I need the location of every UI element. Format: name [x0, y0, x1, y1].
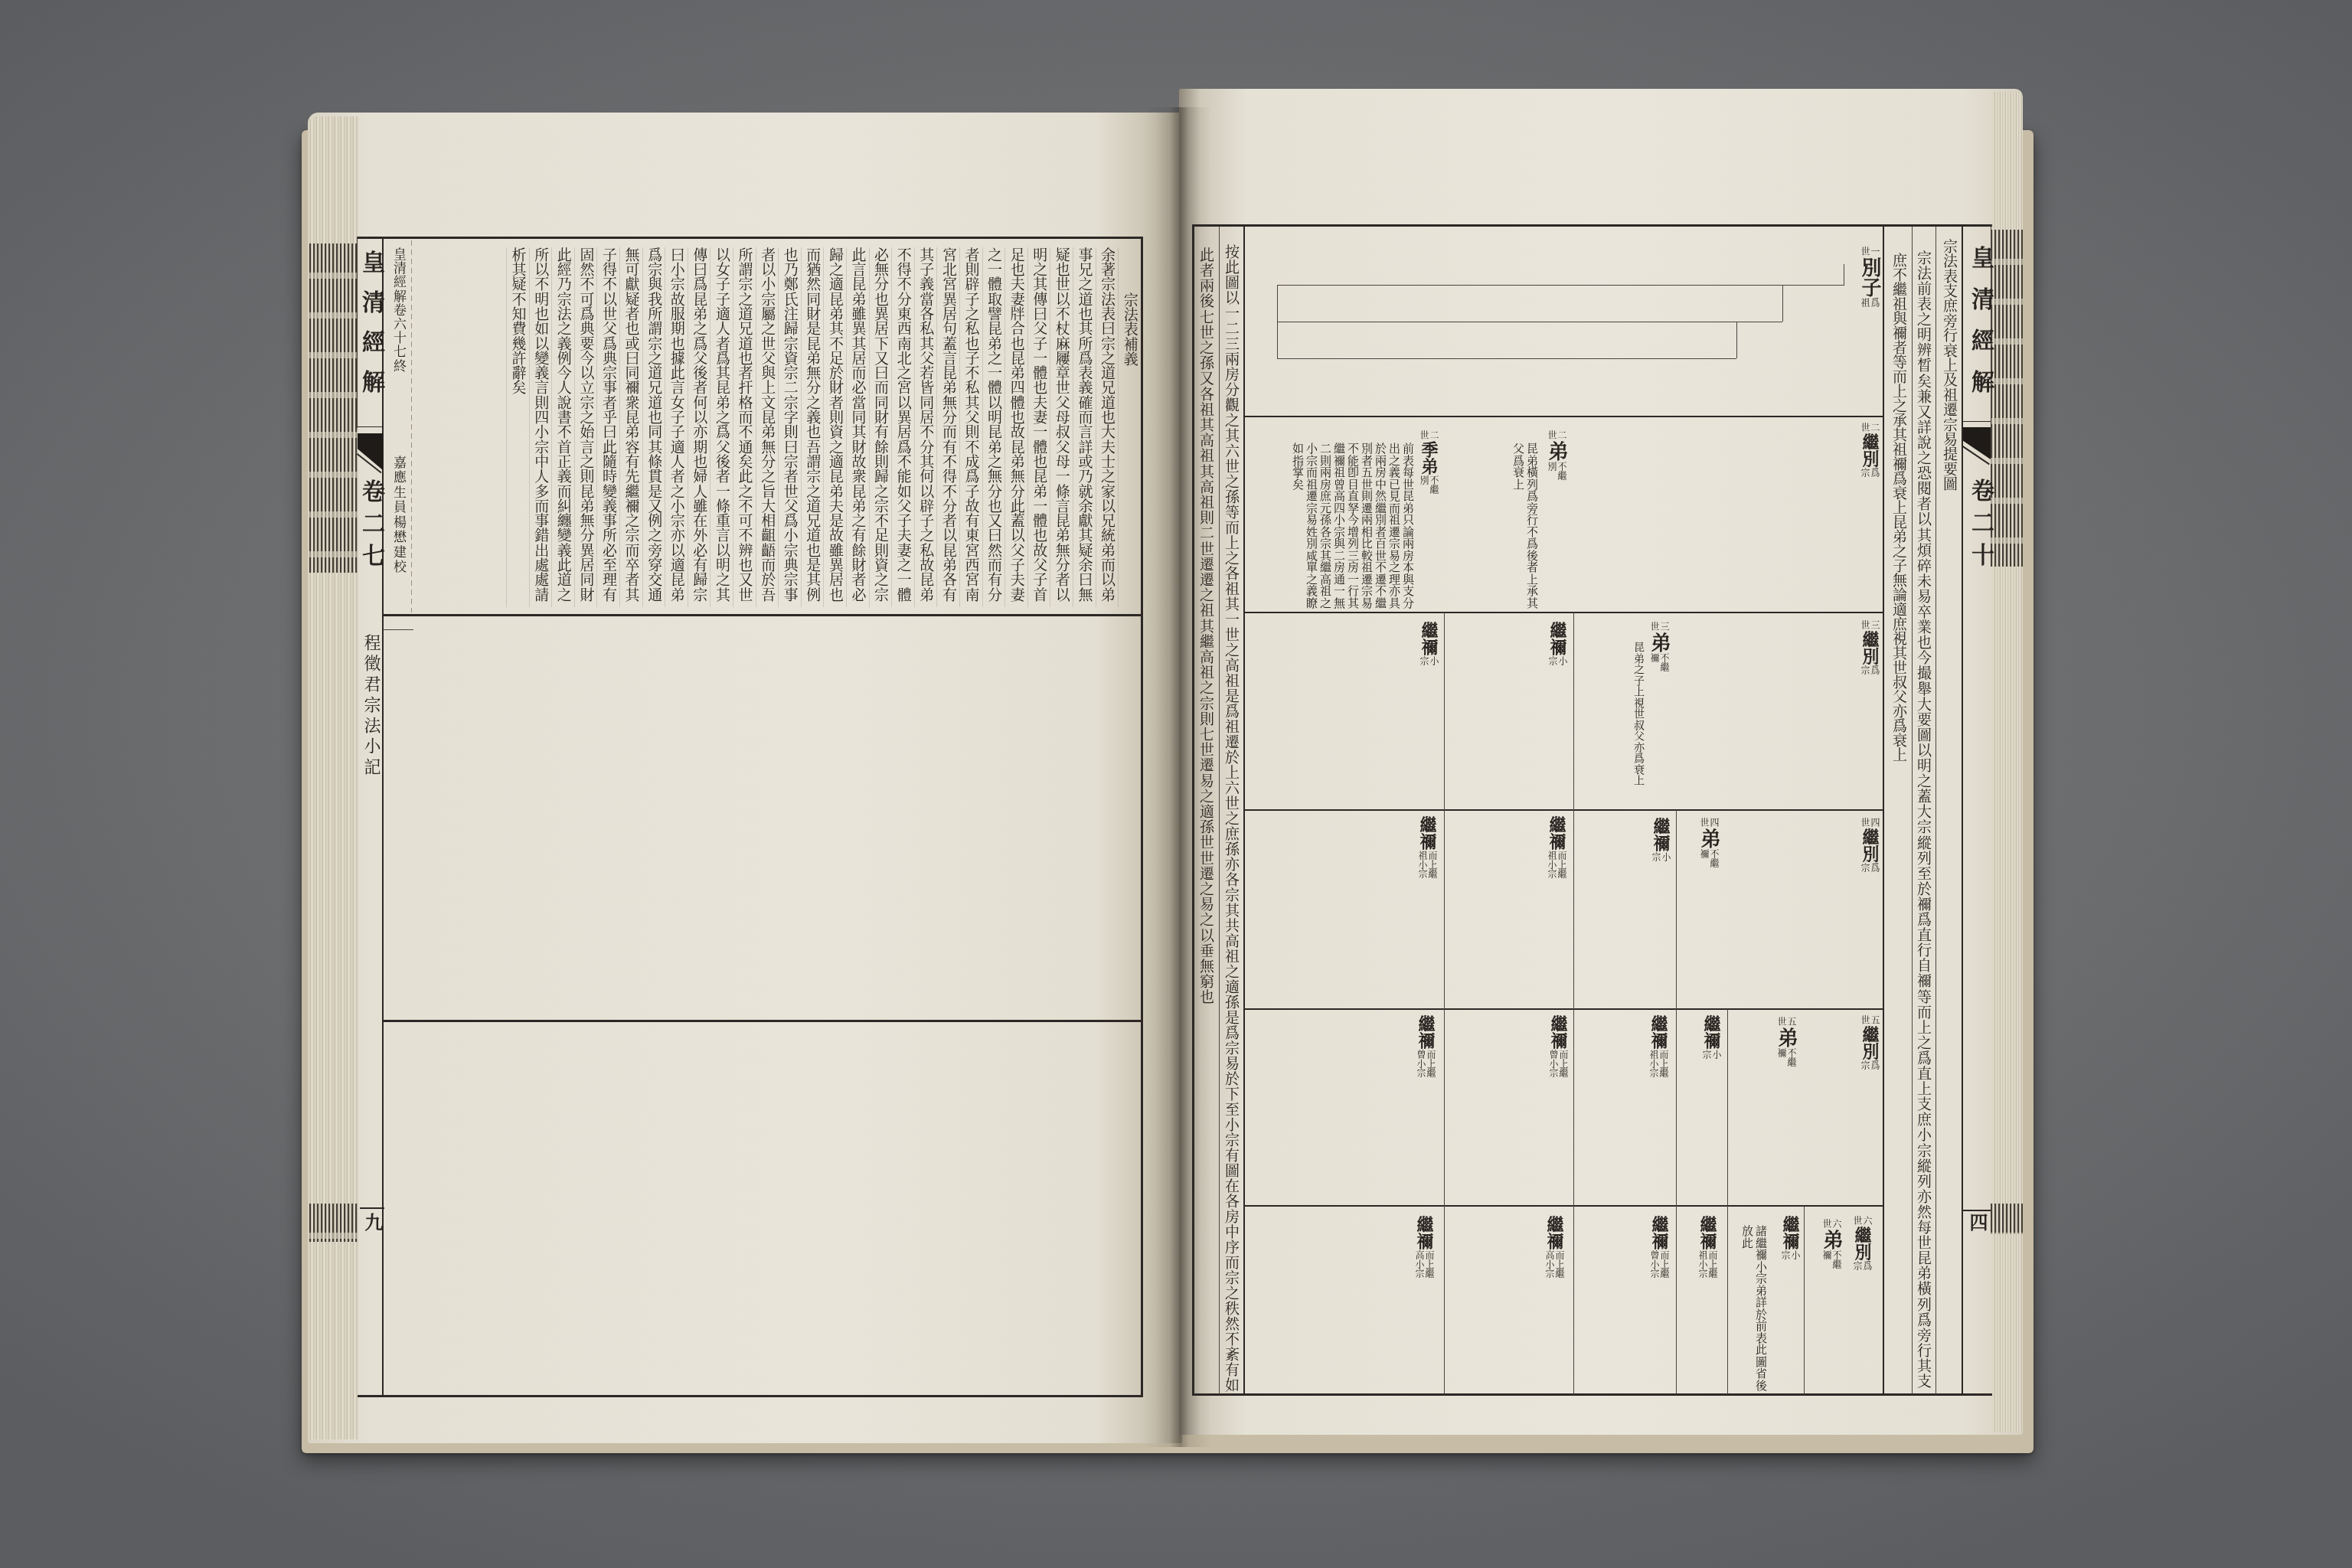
note-column: 二則兩房庶元孫各宗其繼高祖之 [1318, 443, 1332, 609]
section-heading: 宗法表補義 [1118, 247, 1141, 607]
intro-divider-2 [1935, 227, 1936, 1394]
cell-sub-text: 爲宗 [1852, 1261, 1872, 1271]
note-column: 昆弟橫列爲旁行不爲後者上承其 [1525, 443, 1539, 609]
cell-sub-text: 小宗 [1419, 656, 1439, 666]
left-frame-bottom [358, 1395, 1143, 1397]
right-pageno-rule [1962, 1210, 1991, 1211]
cell-sub-text: 而上繼祖小宗 [1648, 1050, 1668, 1080]
right-frame-bottom [1192, 1393, 1992, 1396]
volume-end-marker: 皇清經解卷六十七終 [387, 247, 409, 373]
annotation-column: 此者兩後七世之孫又各祖其高祖其高祖則二世遷遷之祖其繼高祖之宗則七世遷易之適孫世世… [1194, 247, 1218, 1005]
right-frame-right-border [1962, 224, 1963, 1396]
cell-sub-text: 不繼禰 [1821, 1250, 1841, 1270]
cell-main-text: 繼禰 [1416, 1015, 1435, 1049]
text-column: 傳曰爲昆弟之爲父後者何以亦期也婦人雖在外必有歸宗 [688, 247, 710, 607]
cell-main-text: 繼別 [1860, 433, 1879, 467]
text-column: 爲宗與我所謂宗之道兄道也同其條貫是又例之旁穿交通 [642, 247, 665, 607]
proofreader-credit: 嘉應生員楊懋建校 [387, 456, 409, 575]
table-cell: 繼禰 而上繼高小宗 [1414, 1216, 1434, 1280]
cell-sub-text: 爲宗 [1860, 863, 1880, 873]
note-column: 父爲衰上 [1511, 443, 1525, 609]
generation-label: 二世 [1860, 423, 1880, 433]
chart-title: 宗法表支庶旁行衰上及祖遷宗易提要圖 [1937, 239, 1962, 492]
right-edge-pageno-smudge [1991, 1204, 2023, 1234]
cell-main-text: 繼禰 [1415, 1216, 1433, 1249]
text-column: 必無分也異居下又曰而同財有餘則歸之宗不足則資之宗 [869, 247, 892, 607]
note-column: 出之義已見而祖遷宗易之理亦具 [1387, 443, 1401, 609]
generation-label: 五世 [1860, 1015, 1880, 1025]
note-column: 諸繼禰小宗弟詳於前表此圖省後 [1754, 1225, 1768, 1391]
table-cell: 四世 弟 不繼禰 [1698, 818, 1720, 869]
cell-sub-text: 不繼別 [1419, 475, 1439, 495]
table-col-rule [1573, 612, 1574, 1394]
cell-main-text: 別子 [1859, 257, 1880, 297]
generation-label: 四世 [1699, 818, 1719, 828]
table-cell: 三世 繼別 爲宗 [1860, 620, 1880, 675]
text-column: 宮北宮異居句蓋言昆弟無分而有不得不分者以昆弟各有 [936, 247, 959, 607]
right-spine-title: 皇清經解 [1968, 246, 1992, 411]
table-cell: 六世 繼別 爲宗 [1852, 1216, 1872, 1271]
cell-main-text: 弟 [1775, 1027, 1797, 1047]
cell-main-text: 繼禰 [1547, 816, 1566, 850]
text-column: 其子義當各私其父若皆同居不分其何以辟子之私故昆弟 [914, 247, 937, 607]
right-fishtail-rule [1963, 421, 1991, 422]
left-spine-section-title: 程徵君宗法小記 [360, 634, 381, 779]
cell-sub-text: 爲宗 [1860, 665, 1880, 675]
cell-sub-text: 不繼禰 [1776, 1048, 1796, 1068]
intro-text-column: 庶不繼祖與禰者等而上之承其祖禰爲衰上昆弟之子無論適庶視其世叔父亦爲衰上 [1886, 253, 1911, 762]
left-frame-top [358, 237, 1143, 239]
cell-main-text: 繼禰 [1419, 622, 1438, 655]
text-column: 疑也世以不杖麻屨章世父母叔父母一條言昆弟無分者以 [1050, 247, 1073, 607]
right-frame-top [1192, 224, 1992, 227]
text-column: 此經乃宗法之義例今人說書不首正義而糾纏變義此道之 [551, 247, 574, 607]
table-cell: 三世 弟 不繼禰 [1648, 622, 1670, 673]
right-page-number: 四 [1966, 1213, 1988, 1231]
cell-main-text: 繼禰 [1698, 1216, 1717, 1249]
text-column: 歸之適昆弟其不足於財者則資之適昆弟夫是故雖異居也 [823, 247, 846, 607]
cell-sub-text: 而上繼祖小宗 [1417, 851, 1437, 880]
left-page-number: 九 [361, 1213, 383, 1231]
left-fishtail-rule [358, 426, 383, 427]
cell-main-text: 弟 [1546, 441, 1567, 461]
lineage-bracket-line [1277, 358, 1736, 359]
text-column: 余著宗法表曰宗之道兄道也大夫士之家以兄統弟而以弟 [1095, 247, 1118, 607]
left-divider-2 [383, 1020, 1143, 1022]
note-column: 昆弟之子上視世叔父亦爲衰上 [1632, 642, 1645, 786]
cell-sub-text: 不繼禰 [1699, 849, 1719, 869]
left-divider-1 [383, 614, 1143, 616]
table-row-rule [1245, 416, 1883, 417]
table-cell: 二世 弟 不繼別 [1546, 430, 1567, 482]
cell-sub-text: 爲宗 [1860, 1060, 1880, 1070]
lineage-bracket-line [1782, 285, 1783, 322]
table-cell: 繼禰 小宗 [1780, 1216, 1800, 1260]
text-column: 足也夫妻牉合也昆弟四體也故昆弟無分此蓋以父子夫妻 [1004, 247, 1027, 607]
cell-main-text: 繼別 [1853, 1227, 1871, 1260]
text-column: 明之其傳曰父子一體也夫妻一體也昆弟一體也故父子首 [1027, 247, 1050, 607]
table-cell: 繼禰 而上繼祖小宗 [1697, 1216, 1717, 1280]
table-row-rule [1245, 1008, 1883, 1010]
text-column: 所以不明也如以變義言則四小宗中人多而事錯出處處請 [529, 247, 552, 607]
lineage-bracket-line [1277, 285, 1844, 286]
generation-label: 二世 [1419, 430, 1439, 440]
note-column: 繼禰祖曾高四小宗與二房通一無 [1332, 443, 1346, 609]
note-column: 放此 [1740, 1225, 1754, 1391]
note-column: 不能卽目直孥今增列三房一行其 [1346, 443, 1360, 609]
cell-sub-text: 而上繼曾小宗 [1548, 1050, 1568, 1080]
text-column: 以女子子適人者爲其昆弟之爲父後者一條重言以明之其 [710, 247, 733, 607]
generation-label: 一世 [1860, 247, 1880, 256]
generation-label: 六世 [1852, 1216, 1872, 1226]
left-body-text: 宗法表補義 余著宗法表曰宗之道兄道也大夫士之家以兄統弟而以弟 事兄之道也其所爲表… [506, 247, 1141, 607]
table-col-rule [1727, 1009, 1728, 1394]
table-cell: 繼禰 而上繼高小宗 [1544, 1216, 1564, 1280]
cell-main-text: 繼別 [1860, 828, 1879, 862]
table-cell: 六世 弟 不繼禰 [1821, 1219, 1842, 1270]
cell-sub-text: 而上繼曾小宗 [1416, 1050, 1436, 1080]
cell-note: 昆弟之子上視世叔父亦爲衰上 [1632, 642, 1645, 786]
text-column: 析其疑不知費幾許辭矣 [506, 247, 529, 607]
text-column: 固然不可爲典要今以立宗之始言之則昆弟無分異居同財 [574, 247, 597, 607]
table-cell: 繼禰 而上繼祖小宗 [1547, 816, 1566, 880]
table-cell: 繼禰 而上繼曾小宗 [1416, 1015, 1436, 1080]
cell-note: 昆弟橫列爲旁行不爲後者上承其 父爲衰上 [1511, 443, 1539, 609]
cell-main-text: 弟 [1821, 1230, 1842, 1249]
cell-note: 諸繼禰小宗弟詳於前表此圖省後 放此 [1740, 1225, 1768, 1391]
table-cell: 繼禰 小宗 [1701, 1015, 1721, 1060]
cell-note: 前表每世昆弟只論兩房本與支分 出之義已見而祖遷宗易之理亦具 於兩房中然繼別者百世… [1291, 443, 1415, 609]
right-spine-volume: 卷二十 [1968, 479, 1992, 575]
lineage-bracket-line [1736, 322, 1737, 358]
cell-main-text: 繼禰 [1545, 1216, 1563, 1249]
cell-main-text: 繼別 [1860, 631, 1879, 665]
table-cell: 五世 弟 不繼禰 [1775, 1017, 1797, 1068]
note-column: 小宗而祖遷宗易姓別咸單之義瞭 [1305, 443, 1318, 609]
left-column-guide [411, 240, 412, 612]
annotation-column: 按此圖以一二三兩房分觀之其六世之孫等而上之各祖其一世之高祖是爲祖遷於上六世之庶孫… [1220, 244, 1243, 1393]
table-cell: 繼禰 小宗 [1547, 622, 1567, 666]
table-col-rule [1804, 1207, 1805, 1394]
cell-sub-text: 而上繼高小宗 [1414, 1250, 1434, 1280]
cell-sub-text: 而上繼祖小宗 [1547, 851, 1566, 880]
cell-sub-text: 爲宗 [1860, 468, 1880, 478]
lineage-bracket-line [1277, 322, 1782, 322]
left-edge-pageno-smudge [309, 1204, 358, 1242]
text-column: 而猶然同財是昆弟無分之義也吾謂宗之道兄道也是其例 [801, 247, 824, 607]
cell-sub-text: 小宗 [1780, 1250, 1800, 1260]
cell-main-text: 弟 [1698, 828, 1720, 848]
generation-label: 三世 [1860, 620, 1880, 630]
cell-main-text: 繼別 [1860, 1026, 1879, 1060]
cell-main-text: 繼禰 [1650, 1216, 1668, 1249]
text-column: 曰小宗故服期也據此言女子子適人者之小宗亦以適昆弟 [665, 247, 688, 607]
cell-main-text: 繼禰 [1549, 1015, 1567, 1049]
table-row-rule [1245, 809, 1883, 811]
generation-label: 三世 [1649, 622, 1669, 632]
generation-label: 二世 [1547, 430, 1566, 440]
cell-main-text: 季弟 [1419, 441, 1438, 475]
table-cell: 二世 繼別 爲宗 [1860, 423, 1880, 478]
cell-main-text: 弟 [1648, 632, 1670, 652]
left-edge-print-smudge [309, 243, 358, 573]
note-column: 別者五世則遷兩相比較祖遷宗易 [1360, 443, 1374, 609]
cell-sub-text: 而上繼高小宗 [1544, 1250, 1564, 1280]
table-cell: 繼禰 小宗 [1651, 818, 1671, 862]
table-col-rule [1444, 612, 1445, 1394]
table-cell: 二世 季弟 不繼別 [1419, 430, 1439, 495]
cell-sub-text: 而上繼祖小宗 [1697, 1250, 1717, 1280]
generation-label: 四世 [1860, 818, 1880, 828]
lineage-bracket-line [1277, 285, 1278, 358]
text-column: 者以小宗屬之世父與上文昆弟無分之旨大相齟齬而於吾 [756, 247, 779, 607]
text-column: 子得不以世父爲典宗事者乎曰此隨時變義事所必至理有 [596, 247, 619, 607]
table-row-rule [1245, 1205, 1883, 1207]
cell-sub-text: 爲祖 [1860, 298, 1880, 308]
generation-label: 六世 [1821, 1219, 1841, 1229]
table-col-rule [1676, 810, 1677, 1394]
left-spine-title: 皇清經解 [358, 250, 383, 410]
text-column: 也乃鄭氏注歸宗資宗二宗字則曰宗者世父爲小宗典宗事 [778, 247, 801, 607]
text-column: 者則辟子之私也子不私其父則不成爲子故有東宮西宮南 [959, 247, 982, 607]
table-cell: 繼禰 而上繼祖小宗 [1648, 1015, 1668, 1080]
table-cell: 繼禰 而上繼曾小宗 [1649, 1216, 1669, 1280]
cell-main-text: 繼禰 [1418, 816, 1436, 850]
cell-main-text: 繼禰 [1651, 818, 1670, 851]
cell-main-text: 繼禰 [1702, 1015, 1720, 1049]
left-frame-right-border [1141, 237, 1143, 1397]
lineage-bracket-line [1844, 264, 1844, 286]
cell-sub-text: 小宗 [1701, 1050, 1721, 1060]
text-column: 所謂宗之道兄道也者扞格而不通矣此之不可不辨也又世 [733, 247, 756, 607]
cell-main-text: 繼禰 [1781, 1216, 1799, 1249]
left-pageno-rule [360, 1207, 384, 1209]
cell-sub-text: 不繼別 [1547, 462, 1566, 482]
cell-main-text: 繼禰 [1649, 1015, 1668, 1049]
note-column: 前表每世昆弟只論兩房本與支分 [1401, 443, 1415, 609]
table-cell: 五世 繼別 爲宗 [1860, 1015, 1880, 1070]
table-cell: 繼禰 小宗 [1419, 622, 1439, 666]
table-row-rule [1245, 612, 1883, 613]
right-edge-print-smudge [1991, 230, 2023, 567]
generation-label: 五世 [1776, 1017, 1796, 1027]
intro-text-column: 宗法前表之明辨晳矣兼又詳說之恐閱者以其煩碎未易卒業也今撮舉大要圖以明之蓋大宗縱列… [1913, 250, 1935, 1389]
left-divider-1b [383, 629, 413, 630]
table-cell: 四世 繼別 爲宗 [1860, 818, 1880, 873]
cell-sub-text: 而上繼曾小宗 [1649, 1250, 1669, 1280]
table-cell: 繼禰 而上繼祖小宗 [1417, 816, 1437, 880]
text-column: 不得不分東西南北之宮以異居爲不能如父子夫妻之一體 [891, 247, 914, 607]
left-spine-volume: 卷二七 [358, 479, 383, 576]
text-column: 無可獻疑者也或曰同禰衆昆弟容有先繼禰之宗而卒者其 [619, 247, 642, 607]
note-column: 如指掌矣 [1291, 443, 1305, 609]
note-column: 於兩房中然繼別者百世不遷不繼 [1374, 443, 1387, 609]
cell-sub-text: 小宗 [1547, 656, 1567, 666]
cell-sub-text: 不繼禰 [1649, 653, 1669, 673]
text-column: 此言昆弟雖異其居而必當同其財故衆昆弟之有餘財者必 [846, 247, 869, 607]
text-column: 之一體取譬昆弟之一體以明昆弟之無分也又曰然而有分 [982, 247, 1004, 607]
cell-sub-text: 小宗 [1651, 852, 1671, 862]
table-cell: 繼禰 而上繼曾小宗 [1548, 1015, 1568, 1080]
table-cell: 一世 別子 爲祖 [1859, 247, 1880, 308]
photo-scene: 皇清經解 卷二七 程徵君宗法小記 九 皇清經解卷六十七終 嘉應生員楊懋建校 宗法… [0, 0, 2352, 1568]
cell-main-text: 繼禰 [1548, 622, 1566, 655]
text-column: 事兄之道也其所爲表義確而言詳或乃就余獻其疑余曰無 [1073, 247, 1096, 607]
